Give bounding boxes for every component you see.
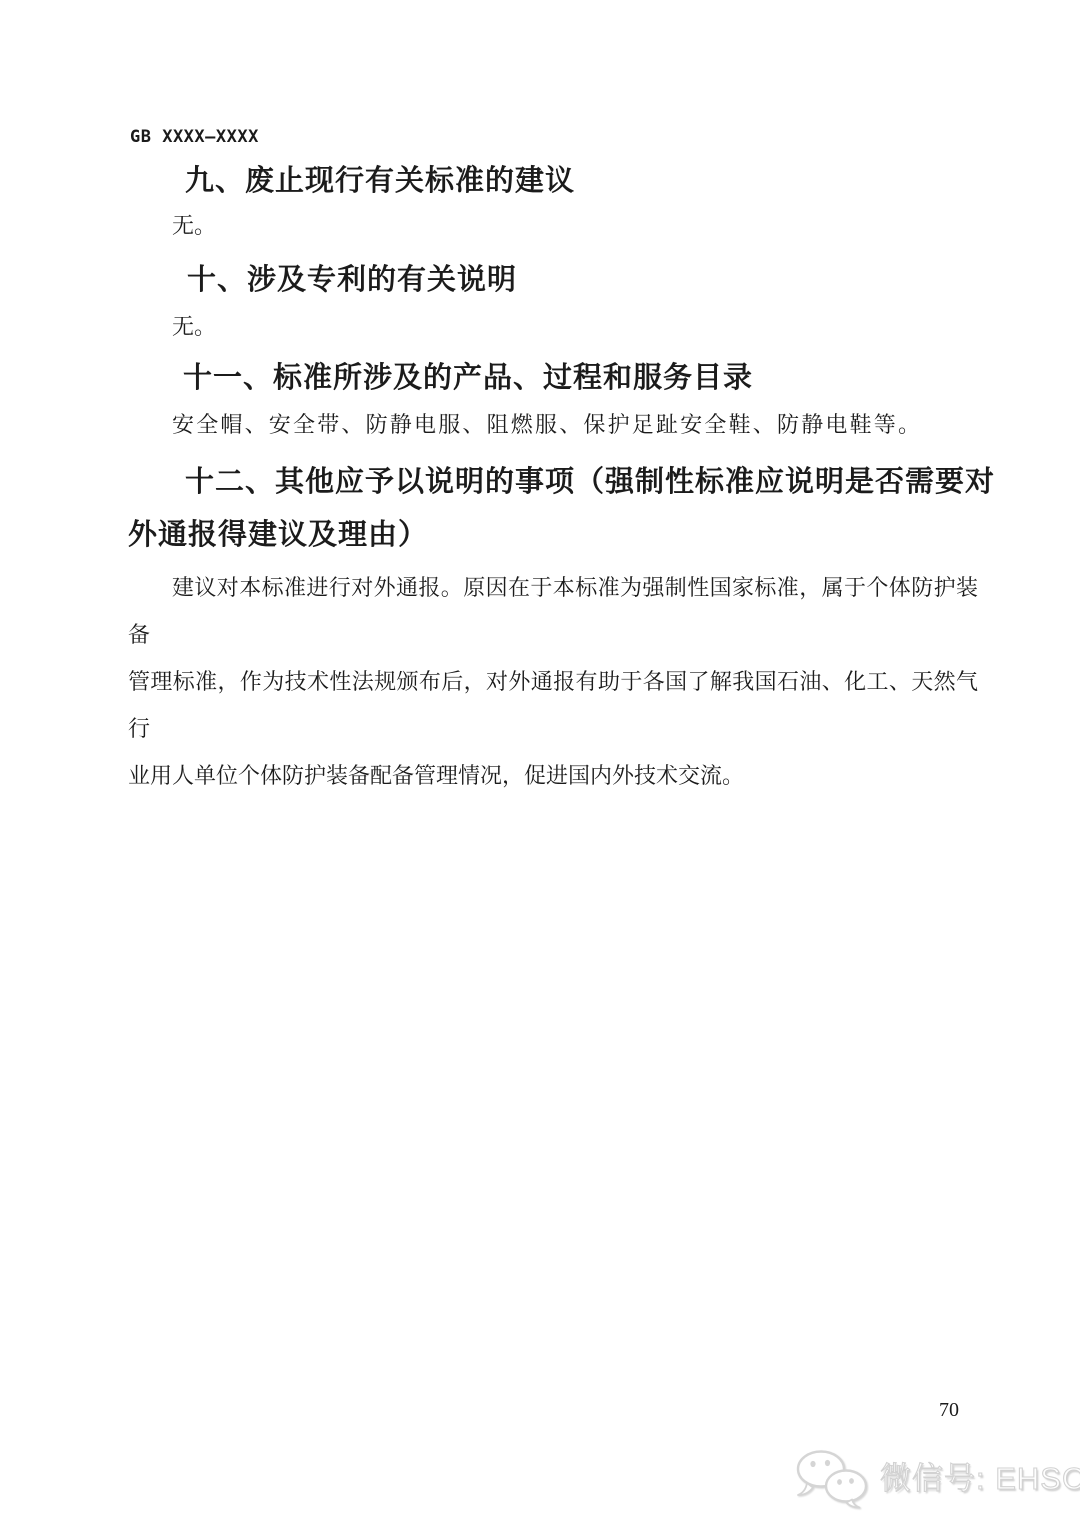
section-11-heading: 十一、标准所涉及的产品、过程和服务目录 [183, 355, 753, 396]
section-10-heading: 十、涉及专利的有关说明 [187, 257, 517, 298]
section-12-heading-line-1: 十二、其他应予以说明的事项（强制性标准应说明是否需要对 [128, 456, 1008, 509]
section-9-body: 无。 [172, 209, 216, 240]
section-12-heading-line-2: 外通报得建议及理由） [128, 509, 1008, 562]
paragraph-line: 业用人单位个体防护装备配备管理情况，促进国内外技术交流。 [128, 752, 978, 799]
document-page: { "document": { "header": "GB XXXX—XXXX"… [0, 0, 1080, 1527]
section-12-heading: 十二、其他应予以说明的事项（强制性标准应说明是否需要对 外通报得建议及理由） [128, 456, 1008, 562]
paragraph-line: 建议对本标准进行对外通报。原因在于本标准为强制性国家标准，属于个体防护装备 [128, 564, 978, 658]
wechat-watermark: 微信号: EHSCity [794, 1449, 1080, 1509]
section-9-heading: 九、废止现行有关标准的建议 [185, 158, 575, 199]
section-12-paragraph: 建议对本标准进行对外通报。原因在于本标准为强制性国家标准，属于个体防护装备 管理… [128, 564, 978, 799]
section-10-body: 无。 [172, 310, 216, 341]
section-11-body: 安全帽、安全带、防静电服、阻燃服、保护足趾安全鞋、防静电鞋等。 [128, 408, 998, 439]
page-number: 70 [939, 1399, 959, 1422]
document-code-header: GB XXXX—XXXX [130, 127, 259, 147]
watermark-text: 微信号: EHSCity [880, 1453, 1080, 1498]
wechat-icon [794, 1449, 870, 1509]
paragraph-line: 管理标准，作为技术性法规颁布后，对外通报有助于各国了解我国石油、化工、天然气行 [128, 658, 978, 752]
